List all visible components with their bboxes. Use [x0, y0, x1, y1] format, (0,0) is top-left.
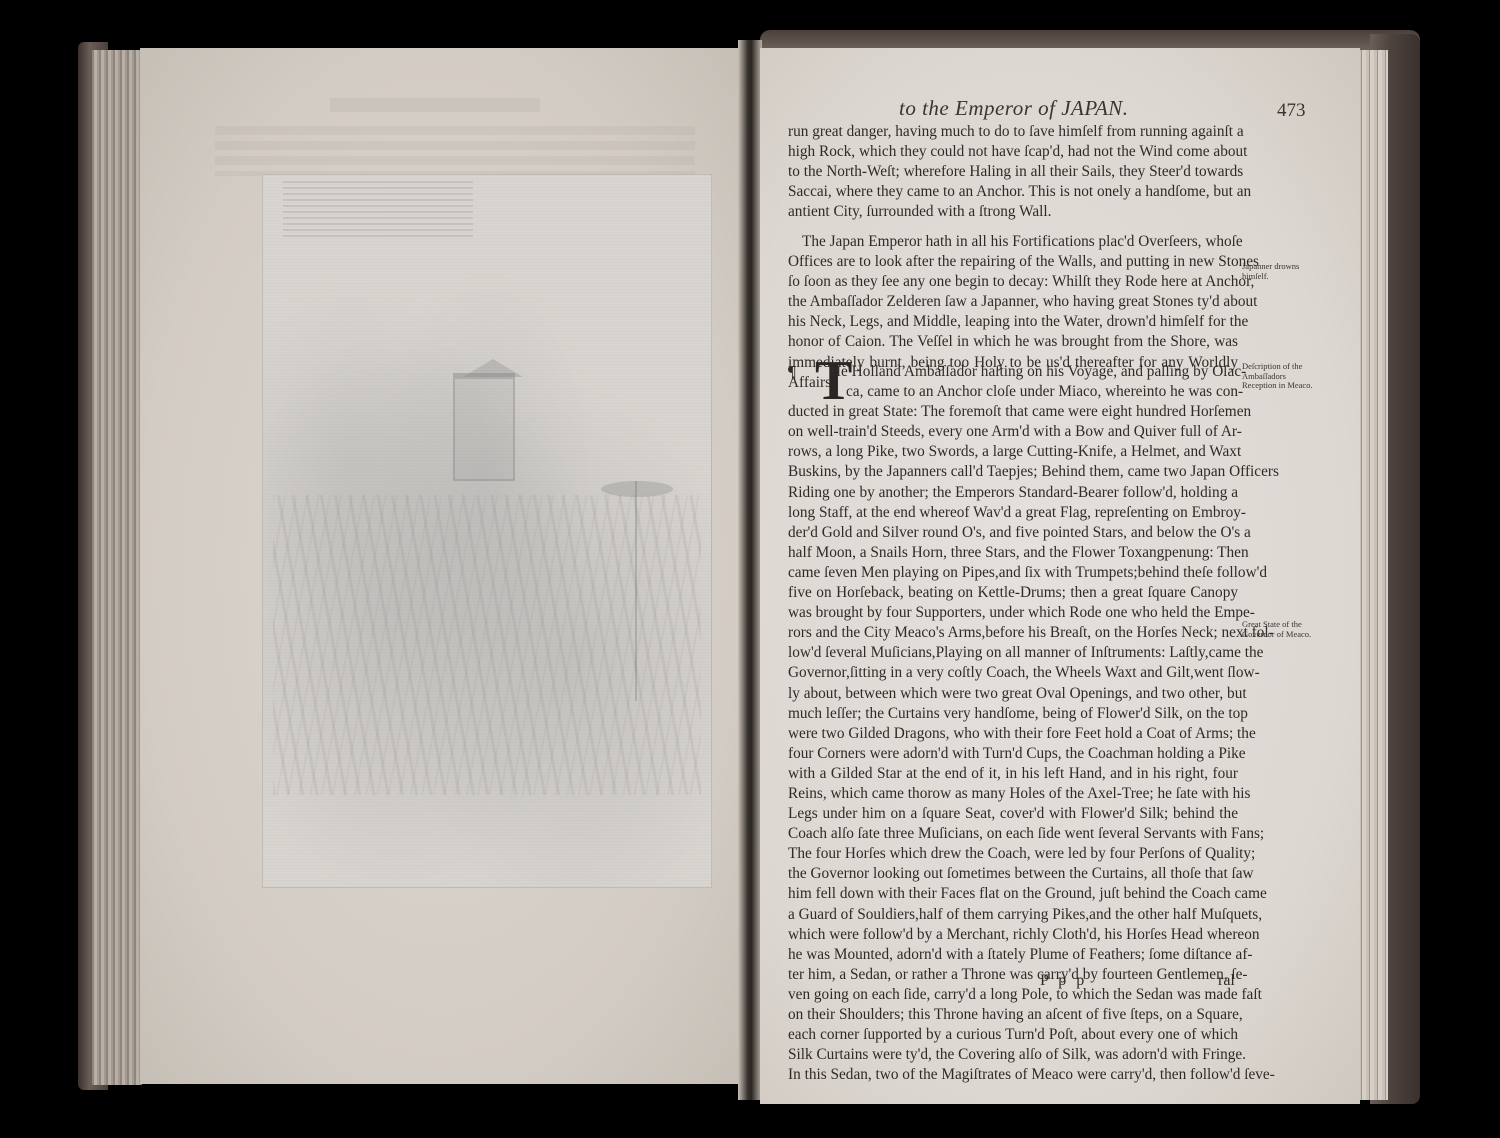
pike-pole: [635, 481, 637, 701]
text-line: der'd Gold and Silver round O's, and fiv…: [788, 523, 1238, 543]
text-line: Buskins, by the Japanners call'd Taepjes…: [788, 462, 1238, 482]
umbrella: [601, 481, 673, 497]
show-through-text: [215, 126, 695, 176]
text-line: he was Mounted, adorn'd with a ſtately P…: [788, 945, 1238, 965]
text-line: Governor,ſitting in a very coſtly Coach,…: [788, 663, 1238, 683]
text-line: rors and the City Meaco's Arms,before hi…: [788, 623, 1238, 643]
text-line: Offices are to look after the repairing …: [788, 252, 1238, 272]
text-line: ca, came to an Anchor cloſe under Miaco,…: [788, 382, 1238, 402]
book-gutter: [738, 40, 762, 1100]
margin-note-reception: Deſcription of the Ambaſſadors Reception…: [1242, 362, 1322, 391]
text-line: In this Sedan, two of the Magiſtrates of…: [788, 1065, 1238, 1085]
text-line: high Rock, which they could not have ſca…: [788, 142, 1238, 162]
canopy: [453, 373, 515, 481]
signature-mark: P p p: [1040, 972, 1087, 990]
page-number: 473: [1277, 100, 1306, 122]
text-line: four Corners were adorn'd with Turn'd Cu…: [788, 744, 1238, 764]
text-line: him fell down with their Faces flat on t…: [788, 884, 1238, 904]
text-line: He Holland Ambaſſador haſting on his Voy…: [788, 362, 1238, 382]
text-line: which were follow'd by a Merchant, richl…: [788, 925, 1238, 945]
text-line: long Staff, at the end whereof Wav'd a g…: [788, 503, 1238, 523]
text-line: ven going on each ſide, carry'd a long P…: [788, 985, 1238, 1005]
text-line: run great danger, having much to do to ſ…: [788, 122, 1238, 142]
text-line: rows, a long Pike, two Swords, a large C…: [788, 442, 1238, 462]
text-line: honor of Caion. The Veſſel in which he w…: [788, 332, 1238, 352]
text-line: with a Gilded Star at the end of it, in …: [788, 764, 1238, 784]
engraving-illustration: [262, 174, 712, 888]
right-cover-top: [760, 30, 1420, 50]
text-line: the Ambaſſador Zelderen ſaw a Japanner, …: [788, 292, 1238, 312]
show-through-header: [330, 98, 540, 112]
text-line: ducted in great State: The foremoſt that…: [788, 402, 1238, 422]
text-line: half Moon, a Snails Horn, three Stars, a…: [788, 543, 1238, 563]
text-line: much leſſer; the Curtains very handſome,…: [788, 704, 1238, 724]
text-line: each corner ſupported by a curious Turn'…: [788, 1025, 1238, 1045]
text-line: the Governor looking out ſometimes betwe…: [788, 864, 1238, 884]
text-line: Saccai, where they came to an Anchor. Th…: [788, 182, 1238, 202]
text-line: a Guard of Souldiers,half of them carryi…: [788, 905, 1238, 925]
paragraph-1: run great danger, having much to do to ſ…: [788, 122, 1238, 222]
right-page-edges: [1358, 50, 1388, 1100]
text-line: to the North-Weſt; wherefore Haling in a…: [788, 162, 1238, 182]
text-line: on well-train'd Steeds, every one Arm'd …: [788, 422, 1238, 442]
text-line: five on Horſeback, beating on Kettle-Dru…: [788, 583, 1238, 603]
text-line: Legs under him on a ſquare Seat, cover'd…: [788, 804, 1238, 824]
text-line: The four Horſes which drew the Coach, we…: [788, 844, 1238, 864]
text-line: ter him, a Sedan, or rather a Throne was…: [788, 965, 1238, 985]
margin-note-governor: Great State of the Governor of Meaco.: [1242, 620, 1322, 639]
text-line: were two Gilded Dragons, who with their …: [788, 724, 1238, 744]
text-line: Reins, which came thorow as many Holes o…: [788, 784, 1238, 804]
text-line: Riding one by another; the Emperors Stan…: [788, 483, 1238, 503]
running-head: to the Emperor of JAPAN.: [899, 96, 1129, 121]
open-book: to the Emperor of JAPAN. 473 run great d…: [0, 0, 1500, 1138]
plate-legend: [283, 181, 473, 241]
text-line: was brought by four Supporters, under wh…: [788, 603, 1238, 623]
text-line: Coach alſo ſate three Muſicians, on each…: [788, 824, 1238, 844]
text-line: Silk Curtains were ty'd, the Covering al…: [788, 1045, 1238, 1065]
text-line: came ſeven Men playing on Pipes,and ſix …: [788, 563, 1238, 583]
text-line: on their Shoulders; this Throne having a…: [788, 1005, 1238, 1025]
margin-note-japanner: Japanner drowns himſelf.: [1242, 262, 1322, 281]
paragraph-3: He Holland Ambaſſador haſting on his Voy…: [788, 362, 1238, 1085]
left-page-edges: [92, 50, 142, 1085]
text-line: antient City, ſurrounded with a ſtrong W…: [788, 202, 1238, 222]
text-line: ſo ſoon as they ſee any one begin to dec…: [788, 272, 1238, 292]
text-line: ly about, between which were two great O…: [788, 684, 1238, 704]
text-line: his Neck, Legs, and Middle, leaping into…: [788, 312, 1238, 332]
catchword: ral: [1218, 972, 1235, 990]
text-line: low'd ſeveral Muſicians,Playing on all m…: [788, 643, 1238, 663]
text-line: The Japan Emperor hath in all his Fortif…: [788, 232, 1238, 252]
